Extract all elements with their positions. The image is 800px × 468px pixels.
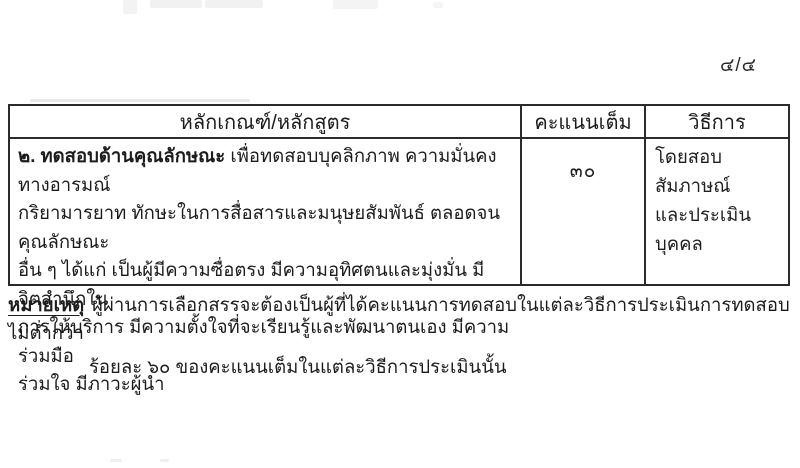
scan-artifact — [30, 99, 250, 102]
scan-artifact — [110, 459, 122, 462]
table-row: ๒. ทดสอบด้านคุณลักษณะ เพื่อทดสอบบุคลิกภา… — [10, 139, 788, 284]
header-cell-score: คะแนนเต็ม — [522, 106, 646, 137]
scan-artifact — [123, 0, 137, 14]
method-line: โดยสอบสัมภาษณ์ — [655, 142, 784, 200]
document-page: ๔/๔ หลักเกณฑ์/หลักสูตร คะแนนเต็ม วิธีการ… — [0, 0, 800, 468]
scan-artifact — [205, 0, 263, 8]
header-label-score: คะแนนเต็ม — [522, 106, 644, 138]
header-cell-method: วิธีการ — [646, 106, 788, 137]
header-cell-criteria: หลักเกณฑ์/หลักสูตร — [10, 106, 522, 137]
method-line: และประเมินบุคคล — [655, 200, 784, 258]
scan-artifact — [433, 2, 443, 8]
footnote-label: หมายเหตุ — [8, 294, 84, 315]
criteria-line: กริยามารยาท ทักษะในการสื่อสารและมนุษยสัม… — [18, 199, 514, 256]
footnote-line-1: หมายเหตุผู้ผ่านการเลือกสรรจะต้องเป็นผู้ท… — [8, 291, 792, 347]
criteria-line-bold: ๒. ทดสอบด้านคุณลักษณะ — [18, 145, 225, 166]
scan-artifact — [160, 459, 169, 462]
scan-artifact — [150, 0, 202, 8]
footnote: หมายเหตุผู้ผ่านการเลือกสรรจะต้องเป็นผู้ท… — [8, 291, 792, 381]
footnote-text: ผู้ผ่านการเลือกสรรจะต้องเป็นผู้ที่ได้คะแ… — [8, 294, 790, 343]
criteria-table: หลักเกณฑ์/หลักสูตร คะแนนเต็ม วิธีการ ๒. … — [8, 104, 790, 286]
footnote-line-2: ร้อยละ ๖๐ ของคะแนนเต็มในแต่ละวิธีการประเ… — [89, 353, 792, 381]
method-cell: โดยสอบสัมภาษณ์ และประเมินบุคคล — [646, 139, 788, 284]
header-label-method: วิธีการ — [646, 106, 788, 138]
scan-artifact — [333, 0, 378, 9]
criteria-line: ๒. ทดสอบด้านคุณลักษณะ เพื่อทดสอบบุคลิกภา… — [18, 142, 514, 199]
criteria-cell: ๒. ทดสอบด้านคุณลักษณะ เพื่อทดสอบบุคลิกภา… — [10, 139, 522, 284]
page-number: ๔/๔ — [720, 50, 757, 80]
table-header-row: หลักเกณฑ์/หลักสูตร คะแนนเต็ม วิธีการ — [10, 106, 788, 139]
header-label-criteria: หลักเกณฑ์/หลักสูตร — [10, 106, 520, 138]
score-cell: ๓๐ — [522, 139, 646, 284]
